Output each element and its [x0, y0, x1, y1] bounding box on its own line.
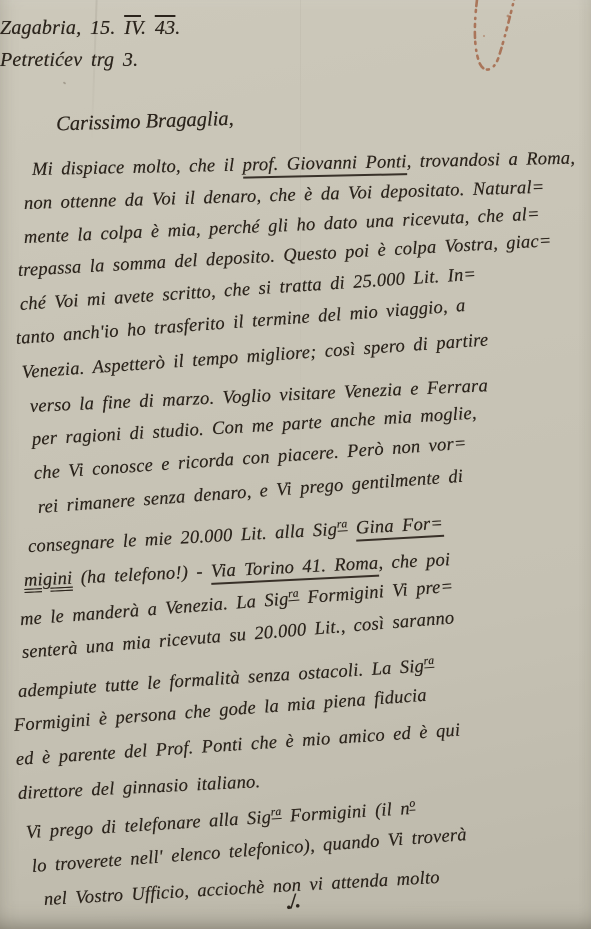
text-segment: , trovandosi a Roma, — [406, 149, 575, 173]
header-line: Zagabria, 15. IV. 43. — [0, 12, 591, 44]
text-segment: . — [141, 17, 155, 39]
text-segment: IV — [124, 17, 141, 39]
header-line: Petretićev trg 3. — [0, 44, 591, 76]
text-segment: migini — [23, 568, 72, 590]
text-segment: 43 — [155, 17, 175, 39]
text-segment: ra — [423, 655, 434, 669]
paper-speck — [63, 81, 67, 84]
text-segment: . — [175, 17, 180, 39]
text-segment: Zagabria, 15. — [0, 17, 124, 39]
letter-paper: Zagabria, 15. IV. 43.Petretićev trg 3. C… — [0, 0, 591, 929]
text-segment: Gina For= — [355, 514, 443, 542]
text-segment: o — [409, 797, 416, 810]
salutation: Carissimo Bragaglia, — [56, 92, 591, 141]
text-segment: (ha telefono!) - — [72, 562, 212, 589]
text-segment: Mi dispiace molto, che il — [32, 156, 243, 180]
text-segment: Formigini (il n — [281, 799, 410, 827]
text-segment: prof. Giovanni Ponti — [242, 152, 406, 178]
letter-body: Mi dispiace molto, che il prof. Giovanni… — [0, 154, 591, 918]
letter-header: Zagabria, 15. IV. 43.Petretićev trg 3. — [0, 0, 591, 76]
paper-speck — [40, 56, 42, 58]
text-segment: Petretićev trg 3. — [0, 49, 138, 71]
